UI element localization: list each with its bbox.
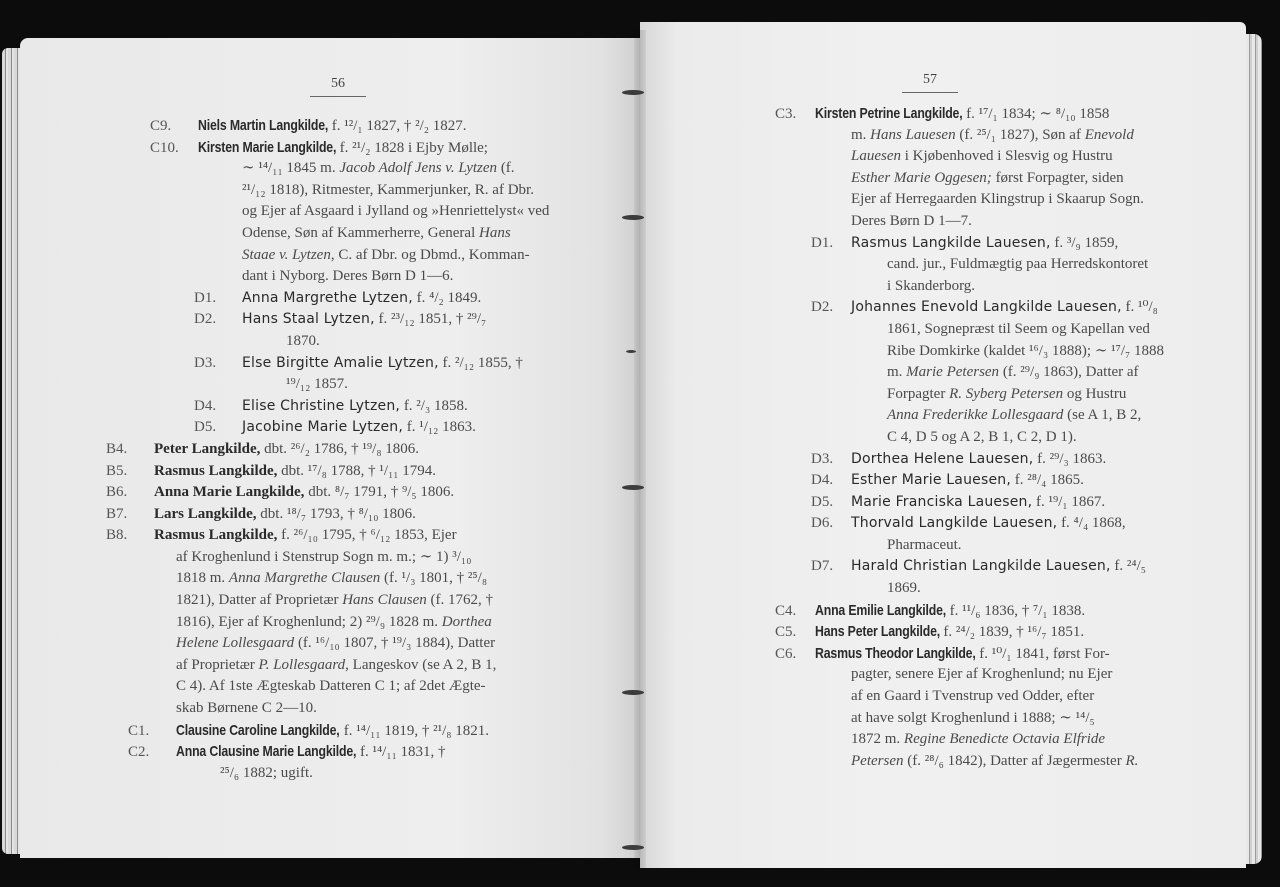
continuation-line: cand. jur., Fuldmægtig paa Herredskontor… xyxy=(887,254,1165,276)
related-name: R. xyxy=(1125,753,1138,769)
entry-text: af Proprietær xyxy=(176,657,258,673)
page-number-right: 57 xyxy=(900,72,960,88)
continuation-line: dant i Nyborg. Deres Børn D 1—6. xyxy=(242,266,580,288)
person-name: Hans Staal Lytzen, xyxy=(242,311,375,327)
entry-text: (f. ²⁹/₉ 1863), Datter af xyxy=(999,364,1139,380)
entry-text: f. ¹/₁₂ 1863. xyxy=(403,419,476,435)
person-name: Else Birgitte Amalie Lytzen, xyxy=(242,355,439,371)
entry-text: f. ⁴/₂ 1849. xyxy=(413,290,481,306)
entry-text: cand. jur., Fuldmægtig paa Herredskontor… xyxy=(887,256,1148,272)
continuation-line: m. Hans Lauesen (f. ²⁵/₁ 1827), Søn af E… xyxy=(851,125,1165,147)
person-name: Elise Christine Lytzen, xyxy=(242,398,400,414)
entry-line: D2.Johannes Enevold Langkilde Lauesen, f… xyxy=(811,297,1165,319)
entry-text: (f. 1762, † xyxy=(427,592,493,608)
person-name: Rasmus Langkilde, xyxy=(154,463,277,479)
entry-text: og Ejer af Asgaard i Jylland og »Henriet… xyxy=(242,203,549,219)
entry-line: D7.Harald Christian Langkilde Lauesen, f… xyxy=(811,556,1165,578)
entry-text: f. ³/₉ 1859, xyxy=(1051,235,1119,251)
continuation-line: af Proprietær P. Lollesgaard, Langeskov … xyxy=(176,655,580,677)
spouse-name: Anna Margrethe Clausen xyxy=(229,570,380,586)
continuation-line: C 4). Af 1ste Ægteskab Datteren C 1; af … xyxy=(176,676,580,698)
entry-line: C9.Niels Martin Langkilde, f. ¹²/₁ 1827,… xyxy=(150,115,580,137)
continuation-line: af Kroghenlund i Stenstrup Sogn m. m.; ∼… xyxy=(176,547,580,569)
entry-line: D3.Dorthea Helene Lauesen, f. ²⁹/₃ 1863. xyxy=(811,449,1165,471)
entry-label: C1. xyxy=(128,721,176,743)
spouse-name: Lauesen xyxy=(851,148,901,164)
continuation-line: 1870. xyxy=(286,331,580,353)
entry-text: 1816), Ejer af Kroghenlund; 2) ²⁹/₉ 1828… xyxy=(176,614,442,630)
entry-label: B7. xyxy=(106,504,154,526)
entry-text: ²⁵/₆ 1882; ugift. xyxy=(220,765,313,781)
entry-text: i Kjøbenhoved i Slesvig og Hustru xyxy=(901,148,1113,164)
entry-text: ∼ ¹⁴/₁₁ 1845 m. xyxy=(242,160,339,176)
continuation-line: ²⁵/₆ 1882; ugift. xyxy=(220,763,580,785)
continuation-line: Deres Børn D 1—7. xyxy=(851,211,1165,233)
entry-text: 1872 m. xyxy=(851,731,904,747)
entry-text: m. xyxy=(851,127,870,143)
book-gutter xyxy=(634,30,646,870)
entry-text: f. ¹¹/₆ 1836, † ⁷/₁ 1838. xyxy=(946,603,1085,619)
entry-text: 1861, Sognepræst til Seem og Kapellan ve… xyxy=(887,321,1150,337)
continuation-line: i Skanderborg. xyxy=(887,276,1165,298)
entry-line: D6.Thorvald Langkilde Lauesen, f. ⁴/₄ 18… xyxy=(811,513,1165,535)
binding-stitch xyxy=(622,845,644,850)
person-name: Anna Margrethe Lytzen, xyxy=(242,290,413,306)
entry-text: f. ²⁴/₅ xyxy=(1111,558,1146,574)
entry-text: f. ¹⁰/₈ xyxy=(1122,299,1158,315)
person-name: Peter Langkilde, xyxy=(154,441,260,457)
continuation-line: Helene Lollesgaard (f. ¹⁶/₁₀ 1807, † ¹⁹/… xyxy=(176,633,580,655)
person-name: Lars Langkilde, xyxy=(154,506,257,522)
person-name: Rasmus Theodor Langkilde, xyxy=(815,643,976,665)
entry-text: f. ¹⁴/₁₁ 1831, † xyxy=(356,744,445,760)
entry-line: C1.Clausine Caroline Langkilde, f. ¹⁴/₁₁… xyxy=(128,720,580,742)
continuation-line: 1869. xyxy=(887,578,1165,600)
person-name: Rasmus Langkilde, xyxy=(154,527,277,543)
entry-text: C 4, D 5 og A 2, B 1, C 2, D 1). xyxy=(887,429,1077,445)
continuation-line: pagter, senere Ejer af Kroghenlund; nu E… xyxy=(851,664,1165,686)
entry-text: dbt. ⁸/₇ 1791, † ⁹/₅ 1806. xyxy=(304,484,454,500)
entry-text: f. ¹²/₁ 1827, † ²/₂ 1827. xyxy=(328,118,467,134)
entry-line: C4.Anna Emilie Langkilde, f. ¹¹/₆ 1836, … xyxy=(775,600,1165,622)
entry-line: B6.Anna Marie Langkilde, dbt. ⁸/₇ 1791, … xyxy=(106,482,580,504)
entry-label: D1. xyxy=(194,288,242,310)
entry-text: (f. ²⁸/₆ 1842), Datter af Jægermester xyxy=(903,753,1125,769)
person-name: Kirsten Marie Langkilde, xyxy=(198,137,336,159)
entry-line: C3.Kirsten Petrine Langkilde, f. ¹⁷/₁ 18… xyxy=(775,103,1165,125)
entry-text: i Skanderborg. xyxy=(887,278,975,294)
person-name: Thorvald Langkilde Lauesen, xyxy=(851,515,1057,531)
entry-text: dbt. ¹⁷/₈ 1788, † ¹/₁₁ 1794. xyxy=(277,463,436,479)
entry-text: 1870. xyxy=(286,333,320,349)
page-number-left: 56 xyxy=(308,76,368,92)
entry-label: D1. xyxy=(811,233,851,255)
entry-line: B8.Rasmus Langkilde, f. ²⁶/₁₀ 1795, † ⁶/… xyxy=(106,525,580,547)
continuation-line: 1821), Datter af Proprietær Hans Clausen… xyxy=(176,590,580,612)
entry-text: , Langeskov (se A 2, B 1, xyxy=(345,657,496,673)
entry-text: 1818 m. xyxy=(176,570,229,586)
entry-text: (f. ¹/₃ 1801, † ²⁵/₈ xyxy=(380,570,487,586)
entry-text: af Kroghenlund i Stenstrup Sogn m. m.; ∼… xyxy=(176,549,471,565)
continuation-line: ¹⁹/₁₂ 1857. xyxy=(286,374,580,396)
person-name: Johannes Enevold Langkilde Lauesen, xyxy=(851,299,1122,315)
entry-line: B5.Rasmus Langkilde, dbt. ¹⁷/₈ 1788, † ¹… xyxy=(106,461,580,483)
entry-text: f. ²⁹/₃ 1863. xyxy=(1033,451,1106,467)
open-book-scan: 56 57 C9.Niels Martin Langkilde, f. ¹²/₁… xyxy=(0,0,1280,887)
entry-text: f. ¹⁹/₁ 1867. xyxy=(1032,494,1105,510)
spouse-name: Staae v. Lytzen xyxy=(242,247,331,263)
spouse-name: R. Syberg Petersen xyxy=(949,386,1063,402)
spouse-name: Hans Clausen xyxy=(342,592,427,608)
entry-label: D2. xyxy=(194,309,242,331)
right-page-text: C3.Kirsten Petrine Langkilde, f. ¹⁷/₁ 18… xyxy=(775,103,1165,772)
person-name: Marie Franciska Lauesen, xyxy=(851,494,1032,510)
entry-text: f. ¹⁰/₁ 1841, først For- xyxy=(976,646,1110,662)
entry-text: Pharmaceut. xyxy=(887,537,962,553)
left-page-text: C9.Niels Martin Langkilde, f. ¹²/₁ 1827,… xyxy=(150,115,580,784)
continuation-line: Petersen (f. ²⁸/₆ 1842), Datter af Jæger… xyxy=(851,751,1165,773)
entry-label: B4. xyxy=(106,439,154,461)
entry-label: D2. xyxy=(811,297,851,319)
entry-label: D5. xyxy=(811,492,851,514)
entry-text: skab Børnene C 2—10. xyxy=(176,700,317,716)
entry-line: B7.Lars Langkilde, dbt. ¹⁸/₇ 1793, † ⁸/₁… xyxy=(106,504,580,526)
entry-text: (f. ²⁵/₁ 1827), Søn af xyxy=(956,127,1085,143)
entry-text: Deres Børn D 1—7. xyxy=(851,213,972,229)
entry-label: C2. xyxy=(128,742,176,764)
entry-line: C10.Kirsten Marie Langkilde, f. ²¹/₂ 182… xyxy=(150,137,580,159)
entry-text: f. ²/₁₂ 1855, † xyxy=(439,355,523,371)
entry-text: C 4). Af 1ste Ægteskab Datteren C 1; af … xyxy=(176,678,486,694)
spouse-name: Marie Petersen xyxy=(906,364,999,380)
entry-text: dant i Nyborg. Deres Børn D 1—6. xyxy=(242,268,453,284)
entry-text: f. ¹⁷/₁ 1834; ∼ ⁸/₁₀ 1858 xyxy=(962,106,1109,122)
entry-text: dbt. ²⁶/₂ 1786, † ¹⁹/₈ 1806. xyxy=(260,441,419,457)
spouse-name: Helene Lollesgaard xyxy=(176,635,294,651)
continuation-line: 1872 m. Regine Benedicte Octavia Elfride xyxy=(851,729,1165,751)
spouse-name: Jacob Adolf Jens v. Lytzen xyxy=(339,160,497,176)
spouse-name: Dorthea xyxy=(442,614,492,630)
continuation-line: skab Børnene C 2—10. xyxy=(176,698,580,720)
person-name: Anna Clausine Marie Langkilde, xyxy=(176,741,356,763)
entry-line: D4.Esther Marie Lauesen, f. ²⁸/₄ 1865. xyxy=(811,470,1165,492)
person-name: Jacobine Marie Lytzen, xyxy=(242,419,403,435)
continuation-line: 1818 m. Anna Margrethe Clausen (f. ¹/₃ 1… xyxy=(176,568,580,590)
continuation-line: m. Marie Petersen (f. ²⁹/₉ 1863), Datter… xyxy=(887,362,1165,384)
entry-label: C9. xyxy=(150,116,198,138)
entry-text: (f. ¹⁶/₁₀ 1807, † ¹⁹/₃ 1884), Datter xyxy=(294,635,495,651)
entry-text: f. ²/₃ 1858. xyxy=(400,398,468,414)
entry-text: 1869. xyxy=(887,580,921,596)
person-name: Clausine Caroline Langkilde, xyxy=(176,720,340,742)
entry-line: C2.Anna Clausine Marie Langkilde, f. ¹⁴/… xyxy=(128,741,580,763)
entry-line: D1.Rasmus Langkilde Lauesen, f. ³/₉ 1859… xyxy=(811,233,1165,255)
entry-line: D3.Else Birgitte Amalie Lytzen, f. ²/₁₂ … xyxy=(194,353,580,375)
entry-label: D7. xyxy=(811,556,851,578)
person-name: Hans Peter Langkilde, xyxy=(815,621,940,643)
continuation-line: og Ejer af Asgaard i Jylland og »Henriet… xyxy=(242,201,580,223)
entry-label: B5. xyxy=(106,461,154,483)
entry-text: dbt. ¹⁸/₇ 1793, † ⁸/₁₀ 1806. xyxy=(257,506,416,522)
entry-text: ²¹/₁₂ 1818), Ritmester, Kammerjunker, R.… xyxy=(242,182,534,198)
continuation-line: Lauesen i Kjøbenhoved i Slesvig og Hustr… xyxy=(851,146,1165,168)
person-name: Dorthea Helene Lauesen, xyxy=(851,451,1033,467)
person-name: Anna Marie Langkilde, xyxy=(154,484,304,500)
entry-label: C4. xyxy=(775,601,815,623)
entry-line: B4.Peter Langkilde, dbt. ²⁶/₂ 1786, † ¹⁹… xyxy=(106,439,580,461)
spouse-name: Hans xyxy=(479,225,511,241)
entry-label: D3. xyxy=(811,449,851,471)
spouse-name: P. Lollesgaard xyxy=(258,657,345,673)
entry-label: C6. xyxy=(775,644,815,666)
continuation-line: C 4, D 5 og A 2, B 1, C 2, D 1). xyxy=(887,427,1165,449)
entry-label: D3. xyxy=(194,353,242,375)
continuation-line: Esther Marie Oggesen; først Forpagter, s… xyxy=(851,168,1165,190)
entry-text: m. xyxy=(887,364,906,380)
entry-text: f. ²³/₁₂ 1851, † ²⁹/₇ xyxy=(375,311,487,327)
binding-stitch xyxy=(622,485,644,490)
continuation-line: Pharmaceut. xyxy=(887,535,1165,557)
entry-text: f. ²⁸/₄ 1865. xyxy=(1011,472,1084,488)
entry-label: B6. xyxy=(106,482,154,504)
entry-text: f. ²⁴/₂ 1839, † ¹⁶/₇ 1851. xyxy=(940,624,1085,640)
spouse-name: Esther Marie Oggesen; xyxy=(851,170,992,186)
entry-line: C5.Hans Peter Langkilde, f. ²⁴/₂ 1839, †… xyxy=(775,621,1165,643)
entry-label: D4. xyxy=(194,396,242,418)
entry-line: D4.Elise Christine Lytzen, f. ²/₃ 1858. xyxy=(194,396,580,418)
entry-text: først Forpagter, siden xyxy=(992,170,1124,186)
binding-stitch xyxy=(622,215,644,220)
entry-text: Ejer af Herregaarden Klingstrup i Skaaru… xyxy=(851,191,1144,207)
continuation-line: af en Gaard i Tvenstrup ved Odder, efter xyxy=(851,686,1165,708)
entry-label: C10. xyxy=(150,138,198,160)
entry-text: Forpagter xyxy=(887,386,949,402)
continuation-line: Ribe Domkirke (kaldet ¹⁶/₃ 1888); ∼ ¹⁷/₇… xyxy=(887,341,1165,363)
binding-stitch xyxy=(622,690,644,695)
entry-line: D5.Jacobine Marie Lytzen, f. ¹/₁₂ 1863. xyxy=(194,417,580,439)
entry-line: D2.Hans Staal Lytzen, f. ²³/₁₂ 1851, † ²… xyxy=(194,309,580,331)
entry-text: at have solgt Kroghenlund i 1888; ∼ ¹⁴/₅ xyxy=(851,710,1095,726)
continuation-line: Forpagter R. Syberg Petersen og Hustru xyxy=(887,384,1165,406)
entry-label: C3. xyxy=(775,104,815,126)
entry-text: (se A 1, B 2, xyxy=(1063,407,1141,423)
entry-text: af en Gaard i Tvenstrup ved Odder, efter xyxy=(851,688,1094,704)
person-name: Niels Martin Langkilde, xyxy=(198,115,328,137)
continuation-line: at have solgt Kroghenlund i 1888; ∼ ¹⁴/₅ xyxy=(851,708,1165,730)
entry-line: D5.Marie Franciska Lauesen, f. ¹⁹/₁ 1867… xyxy=(811,492,1165,514)
entry-text: f. ²¹/₂ 1828 i Ejby Mølle; xyxy=(336,140,488,156)
binding-stitch xyxy=(622,90,644,95)
continuation-line: Staae v. Lytzen, C. af Dbr. og Dbmd., Ko… xyxy=(242,245,580,267)
entry-text: f. ⁴/₄ 1868, xyxy=(1057,515,1125,531)
entry-label: D5. xyxy=(194,417,242,439)
spouse-name: Petersen xyxy=(851,753,903,769)
person-name: Harald Christian Langkilde Lauesen, xyxy=(851,558,1111,574)
spouse-name: Anna Frederikke Lollesgaard xyxy=(887,407,1063,423)
continuation-line: Odense, Søn af Kammerherre, General Hans xyxy=(242,223,580,245)
related-name: Enevold xyxy=(1085,127,1134,143)
continuation-line: ∼ ¹⁴/₁₁ 1845 m. Jacob Adolf Jens v. Lytz… xyxy=(242,158,580,180)
person-name: Kirsten Petrine Langkilde, xyxy=(815,103,962,125)
person-name: Rasmus Langkilde Lauesen, xyxy=(851,235,1051,251)
entry-text: (f. xyxy=(497,160,515,176)
entry-text: f. ¹⁴/₁₁ 1819, † ²¹/₈ 1821. xyxy=(340,723,489,739)
entry-text: 1821), Datter af Proprietær xyxy=(176,592,342,608)
entry-line: D1.Anna Margrethe Lytzen, f. ⁴/₂ 1849. xyxy=(194,288,580,310)
entry-text: Ribe Domkirke (kaldet ¹⁶/₃ 1888); ∼ ¹⁷/₇… xyxy=(887,343,1164,359)
person-name: Anna Emilie Langkilde, xyxy=(815,600,946,622)
continuation-line: Ejer af Herregaarden Klingstrup i Skaaru… xyxy=(851,189,1165,211)
entry-text: ¹⁹/₁₂ 1857. xyxy=(286,376,348,392)
continuation-line: 1861, Sognepræst til Seem og Kapellan ve… xyxy=(887,319,1165,341)
continuation-line: ²¹/₁₂ 1818), Ritmester, Kammerjunker, R.… xyxy=(242,180,580,202)
entry-text: pagter, senere Ejer af Kroghenlund; nu E… xyxy=(851,666,1112,682)
entry-text: Odense, Søn af Kammerherre, General xyxy=(242,225,479,241)
continuation-line: 1816), Ejer af Kroghenlund; 2) ²⁹/₉ 1828… xyxy=(176,612,580,634)
entry-label: D4. xyxy=(811,470,851,492)
person-name: Esther Marie Lauesen, xyxy=(851,472,1011,488)
entry-text: f. ²⁶/₁₀ 1795, † ⁶/₁₂ 1853, Ejer xyxy=(277,527,456,543)
binding-stitch xyxy=(626,350,636,353)
entry-label: B8. xyxy=(106,525,154,547)
entry-text: og Hustru xyxy=(1063,386,1126,402)
entry-label: D6. xyxy=(811,513,851,535)
continuation-line: Anna Frederikke Lollesgaard (se A 1, B 2… xyxy=(887,405,1165,427)
spouse-name: Regine Benedicte Octavia Elfride xyxy=(904,731,1105,747)
spouse-name: Hans Lauesen xyxy=(870,127,955,143)
entry-label: C5. xyxy=(775,622,815,644)
entry-line: C6.Rasmus Theodor Langkilde, f. ¹⁰/₁ 184… xyxy=(775,643,1165,665)
entry-text: , C. af Dbr. og Dbmd., Komman- xyxy=(331,247,530,263)
